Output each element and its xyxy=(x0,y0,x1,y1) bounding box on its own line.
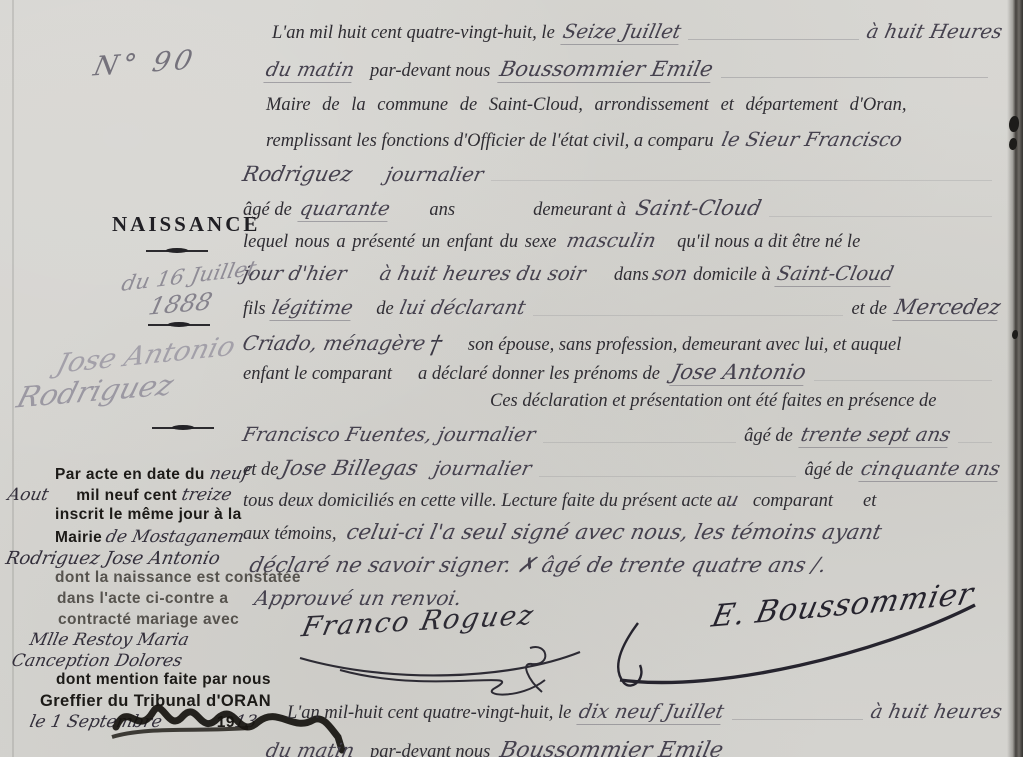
margin-child-surname: Rodriguez xyxy=(13,367,177,414)
handwritten-entry: Boussommier Emile xyxy=(498,57,716,83)
printed-form-text: domicile à xyxy=(693,265,771,286)
printed-form-text: et de xyxy=(243,460,278,481)
body-line: Rodriguez journalier xyxy=(243,162,1000,186)
handwritten-entry: lui déclarant xyxy=(397,296,527,319)
margin-note-line: Mlle Restoy Maria xyxy=(30,630,189,650)
renvoi-cross-mark: † xyxy=(426,330,445,359)
handwritten-entry: Aout xyxy=(6,485,51,505)
printed-form-text: âgé de xyxy=(804,460,853,481)
page-fold-line xyxy=(12,0,14,757)
margin-note-line: Aout mil neuf cent treize xyxy=(8,485,232,505)
printed-form-text: son épouse, sans profession, demeurant a… xyxy=(468,335,902,356)
handwritten-entry: à huit heures du soir xyxy=(378,262,588,285)
handwritten-entry: u xyxy=(724,488,741,511)
book-binding-edge xyxy=(1007,0,1023,757)
body-line: du matin par-devant nous Boussommier Emi… xyxy=(266,57,996,83)
handwritten-entry: jour d'hier xyxy=(241,262,349,285)
printed-form-text: ans xyxy=(429,200,455,221)
handwritten-entry: Rodriguez xyxy=(240,162,354,186)
stamp-text: mil neuf cent xyxy=(76,487,177,505)
handwritten-entry: légitime xyxy=(269,296,355,321)
handwritten-entry: du matin xyxy=(263,58,356,83)
stamp-text: contracté mariage avec xyxy=(58,611,239,629)
margin-note-line: inscrit le même jour à la xyxy=(55,506,242,524)
officer-signature-flourish xyxy=(590,595,990,690)
handwritten-entry: Canception Dolores xyxy=(10,651,184,671)
printed-form-text: fils xyxy=(243,299,266,320)
printed-form-text: et de xyxy=(851,299,886,320)
printed-form-text: par-devant nous xyxy=(370,61,490,82)
body-line: Francisco Fuentes, journalier âgé de tre… xyxy=(243,423,1000,448)
printed-form-text: L'an mil huit cent quatre-vingt-huit, le xyxy=(272,23,555,44)
handwritten-entry: Saint-Cloud xyxy=(774,262,895,287)
printed-form-text: tous deux domiciliés en cette ville. Lec… xyxy=(243,491,726,512)
stamp-text: Mairie xyxy=(55,529,102,547)
handwritten-entry: à huit Heures xyxy=(864,20,1004,43)
handwritten-entry: cinquante ans xyxy=(859,457,1003,482)
printed-form-text: lequel nous a présenté un enfant du sexe xyxy=(243,232,557,253)
handwritten-entry: Seize Juillet xyxy=(560,20,683,45)
handwritten-entry: Mercedez xyxy=(892,295,1003,321)
stamp-text: inscrit le même jour à la xyxy=(55,506,242,524)
body-line: fils légitime de lui déclarant et de Mer… xyxy=(243,295,1000,321)
handwritten-entry: treize xyxy=(180,485,234,505)
blank-rule xyxy=(814,379,992,381)
body-line: tous deux domiciliés en cette ville. Lec… xyxy=(243,488,1000,512)
margin-note-line: Rodriguez Jose Antonio xyxy=(6,548,220,569)
handwritten-entry: trente sept ans xyxy=(798,423,952,448)
printed-form-text: dans xyxy=(614,265,649,286)
handwritten-entry: à huit heures xyxy=(869,700,1005,723)
printed-form-text: enfant le comparant xyxy=(243,364,392,385)
body-line: remplissant les fonctions d'Officier de … xyxy=(266,128,1000,152)
handwritten-entry: Criado, ménagère xyxy=(240,331,427,355)
printed-form-text: comparant xyxy=(753,491,833,512)
blank-rule xyxy=(721,76,988,78)
printed-form-text: et xyxy=(863,491,876,512)
printed-form-text: remplissant les fonctions d'Officier de … xyxy=(266,131,714,152)
margin-note-line: dans l'acte ci-contre a xyxy=(57,590,228,608)
handwritten-entry: masculin xyxy=(564,229,658,252)
blank-rule xyxy=(958,441,992,443)
body-line: Maire de la commune de Saint-Cloud, arro… xyxy=(266,95,1000,116)
next-act-line: du matin par-devant nous Boussommier Emi… xyxy=(266,738,981,757)
margin-note-line: Mairie de Mostaganem xyxy=(55,527,244,547)
body-line: Criado, ménagère † son épouse, sans prof… xyxy=(243,327,1000,356)
printed-form-text: L'an mil-huit cent quatre-vingt-huit, le xyxy=(287,703,571,724)
handwritten-entry: journalier xyxy=(432,457,534,480)
printed-form-text: par-devant nous xyxy=(370,742,490,757)
blank-rule xyxy=(732,718,863,720)
act-type-title: NAISSANCE xyxy=(112,212,260,237)
handwritten-entry: Mlle Restoy Maria xyxy=(28,630,191,650)
stamp-text: dans l'acte ci-contre a xyxy=(57,590,228,608)
body-line: L'an mil huit cent quatre-vingt-huit, le… xyxy=(272,20,1002,45)
margin-act-year: 1888 xyxy=(146,287,215,320)
printed-form-text: Ces déclaration et présentation ont été … xyxy=(490,391,936,412)
handwritten-entry: Saint-Cloud xyxy=(634,196,764,220)
body-line: Ces déclaration et présentation ont été … xyxy=(490,391,1000,412)
handwritten-entry: Rodriguez Jose Antonio xyxy=(4,548,222,569)
handwritten-entry: du matin xyxy=(263,739,356,757)
ornament-divider xyxy=(148,321,210,328)
printed-form-text: demeurant à xyxy=(533,200,626,221)
handwritten-entry: de Mostaganem xyxy=(104,527,246,547)
handwritten-entry: Boussommier Emile xyxy=(498,738,726,757)
printed-form-text: a déclaré donner les prénoms de xyxy=(418,364,660,385)
stamp-text: Par acte en date du xyxy=(55,466,205,484)
body-line: aux témoins, celui-ci l'a seul signé ave… xyxy=(243,520,1000,545)
ornament-divider xyxy=(146,247,208,254)
handwritten-entry: Francisco Fuentes, journalier xyxy=(241,423,538,446)
birth-register-scan: N° 90 NAISSANCE du 16 Juillet 1888 Jose … xyxy=(0,0,1023,757)
body-line: enfant le comparant a déclaré donner les… xyxy=(243,360,1000,386)
handwritten-entry: dix neuf Juillet xyxy=(577,700,727,725)
handwritten-entry: le Sieur Francisco xyxy=(719,128,904,151)
printed-form-text: Maire de la commune de Saint-Cloud, arro… xyxy=(266,95,907,116)
blank-rule xyxy=(533,314,843,316)
body-line: déclaré ne savoir signer. ✗ âgé de trent… xyxy=(250,553,970,577)
handwritten-entry: journalier xyxy=(384,163,486,186)
handwritten-entry: Jose Antonio xyxy=(669,360,808,386)
body-line: âgé de quarante ans demeurant à Saint-Cl… xyxy=(243,196,1000,222)
body-line: et de Jose Billegas journalier âgé de ci… xyxy=(243,456,1000,482)
ornament-divider xyxy=(152,424,214,431)
printed-form-text: âgé de xyxy=(243,200,292,221)
handwritten-entry: déclaré ne savoir signer. ✗ âgé de trent… xyxy=(247,553,828,577)
next-act-line: L'an mil-huit cent quatre-vingt-huit, le… xyxy=(287,700,1002,725)
handwritten-entry: Jose Billegas xyxy=(280,456,421,480)
printed-form-text: aux témoins, xyxy=(243,524,337,545)
margin-note-line: Par acte en date du neuf xyxy=(55,464,248,484)
printed-form-text: de xyxy=(376,299,393,320)
blank-rule xyxy=(688,38,858,40)
blank-rule xyxy=(539,475,796,477)
margin-note-line: Canception Dolores xyxy=(12,651,182,671)
margin-note-line: contracté mariage avec xyxy=(58,611,239,629)
body-line: jour d'hier à huit heures du soir dans s… xyxy=(243,262,1000,287)
printed-form-text: qu'il nous a dit être né le xyxy=(677,232,860,253)
printed-form-text: âgé de xyxy=(744,426,793,447)
handwritten-entry: quarante xyxy=(297,197,392,222)
blank-rule xyxy=(491,179,992,181)
blank-rule xyxy=(543,441,736,443)
handwritten-entry: celui-ci l'a seul signé avec nous, les t… xyxy=(344,520,884,544)
handwritten-entry: son xyxy=(650,262,689,285)
blank-rule xyxy=(769,215,992,217)
act-number: N° 90 xyxy=(91,45,200,83)
body-line: lequel nous a présenté un enfant du sexe… xyxy=(243,229,1000,253)
